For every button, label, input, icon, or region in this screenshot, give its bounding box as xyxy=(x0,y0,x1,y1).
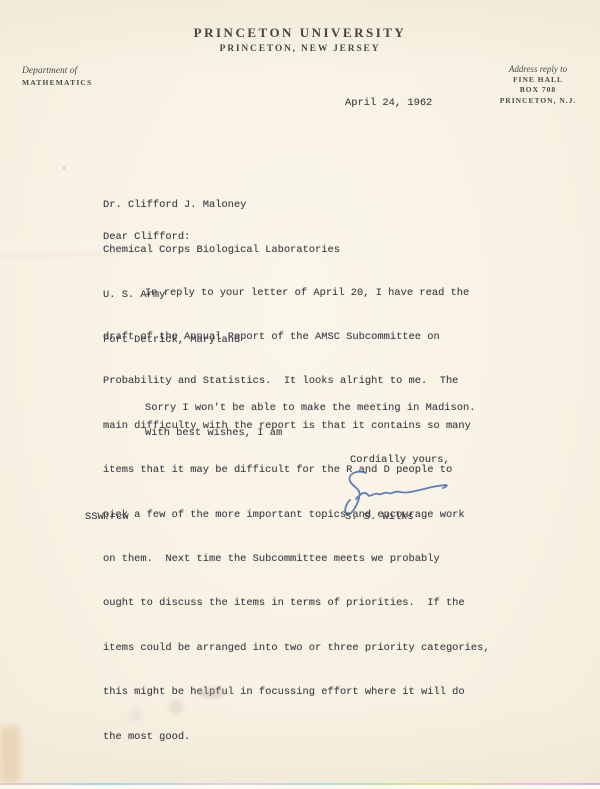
body-line: this might be helpful in focussing effor… xyxy=(103,685,490,700)
paper-corner-stain xyxy=(0,726,20,782)
body-line: Probability and Statistics. It looks alr… xyxy=(103,374,490,389)
faint-stamp-smudge xyxy=(198,688,226,698)
body-paragraph-3: With best wishes, I am xyxy=(103,426,282,441)
faint-ink-dot xyxy=(128,708,142,722)
reference-initials: SSW:rcw xyxy=(85,510,129,525)
reply-line3: BOX 708 xyxy=(478,85,598,96)
body-line: the most good. xyxy=(103,730,490,745)
letterhead-department: Department of MATHEMATICS xyxy=(22,66,92,88)
salutation: Dear Clifford: xyxy=(103,230,190,245)
reply-line1: Address reply to xyxy=(478,64,598,75)
department-line1: Department of xyxy=(22,66,92,77)
body-line: In reply to your letter of April 20, I h… xyxy=(103,286,490,301)
body-paragraph-2: Sorry I won't be able to make the meetin… xyxy=(103,401,475,416)
letter-date: April 24, 1962 xyxy=(345,96,432,111)
letterhead-location: PRINCETON, NEW JERSEY xyxy=(0,44,600,54)
letterhead-university: PRINCETON UNIVERSITY xyxy=(0,25,600,41)
letter-page: PRINCETON UNIVERSITY PRINCETON, NEW JERS… xyxy=(0,0,600,789)
body-line: on them. Next time the Subcommittee meet… xyxy=(103,552,490,567)
department-line2: MATHEMATICS xyxy=(22,77,92,88)
faint-stamp-smudge xyxy=(168,700,184,714)
scanner-background xyxy=(0,785,600,789)
recipient-name: Dr. Clifford J. Maloney xyxy=(103,198,340,213)
reply-line4: PRINCETON, N.J. xyxy=(478,96,598,107)
body-line: items could be arranged into two or thre… xyxy=(103,641,490,656)
letterhead-reply-address: Address reply to FINE HALL BOX 708 PRINC… xyxy=(478,64,598,106)
signature-typed-name: S. S. Wilks xyxy=(345,510,414,525)
body-line: ought to discuss the items in terms of p… xyxy=(103,596,490,611)
reply-line2: FINE HALL xyxy=(478,75,598,86)
paper-speck xyxy=(63,167,65,169)
valediction: Cordially yours, xyxy=(350,453,450,468)
body-line: draft of the Annual Report of the AMSC S… xyxy=(103,330,490,345)
